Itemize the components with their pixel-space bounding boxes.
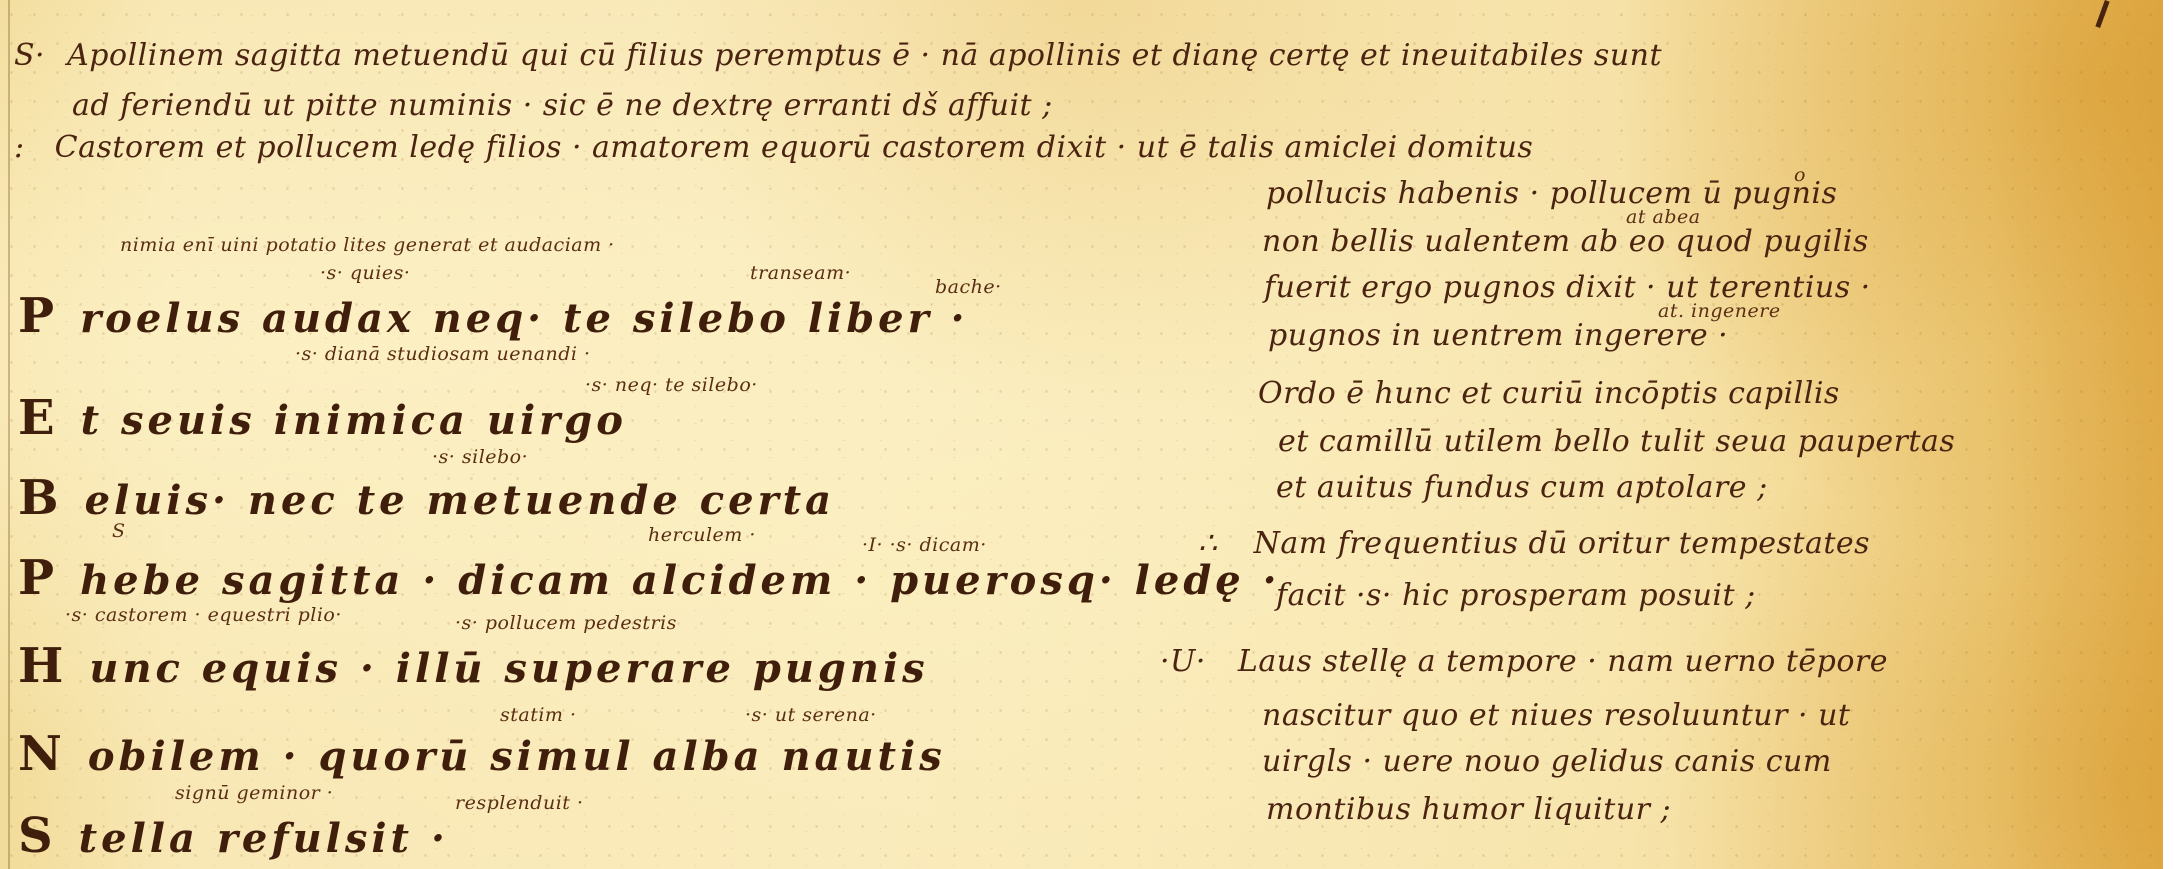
paragraph-mark: ∴ bbox=[1198, 526, 1218, 561]
interlinear-gloss: signū geminor · bbox=[175, 782, 333, 804]
right-commentary-line-3: fuerit ergo pugnos dixit · ut terentius … bbox=[1264, 270, 1871, 305]
interlinear-gloss: statim · bbox=[500, 704, 577, 726]
verse-text: roelus audax neq· te silebo liber · bbox=[80, 295, 968, 342]
commentary-text: Nam frequentius dū oritur tempestates bbox=[1254, 526, 1870, 561]
interlinear-gloss: ·s· dianā studiosam uenandi · bbox=[295, 343, 591, 365]
interlinear-gloss: ·s· ut serena· bbox=[745, 704, 877, 726]
paragraph-mark: ·U· bbox=[1160, 644, 1206, 679]
verse-line-4: Phebe sagitta · dicam alcidem · puerosq·… bbox=[18, 550, 1281, 606]
right-commentary-line-6: et camillū utilem bello tulit seua paupe… bbox=[1278, 424, 1955, 459]
verse-line-7: Stella refulsit · bbox=[18, 808, 449, 864]
right-commentary-line-4: pugnos in uentrem ingerere · bbox=[1268, 318, 1728, 353]
corner-pen-stroke bbox=[2095, 0, 2109, 28]
binding-edge bbox=[8, 0, 10, 869]
verse-initial: E bbox=[18, 390, 59, 446]
commentary-text: Castorem et pollucem ledę filios · amato… bbox=[55, 130, 1534, 165]
verse-line-5: Hunc equis · illū superare pugnis bbox=[18, 638, 929, 694]
commentary-text: Laus stellę a tempore · nam uerno tēpore bbox=[1238, 644, 1888, 679]
commentary-text: Apollinem sagitta metuendū qui cū filius… bbox=[67, 38, 1662, 73]
interlinear-gloss: nimia enī uini potatio lites generat et … bbox=[120, 234, 615, 256]
verse-initial: B bbox=[18, 470, 63, 526]
interlinear-gloss: ·s· pollucem pedestris bbox=[455, 612, 677, 634]
verse-initial: H bbox=[18, 638, 67, 694]
verse-initial: S bbox=[18, 808, 57, 864]
top-commentary-line-2: ad feriendū ut pitte numinis · sic ē ne … bbox=[72, 88, 1053, 123]
right-commentary-line-5: Ordo ē hunc et curiū incōptis capillis bbox=[1258, 376, 1840, 411]
interlinear-gloss: transeam· bbox=[750, 262, 851, 284]
manuscript-page: S· Apollinem sagitta metuendū qui cū fil… bbox=[0, 0, 2163, 869]
paragraph-mark: S· bbox=[14, 38, 45, 73]
verse-line-6: Nobilem · quorū simul alba nautis bbox=[18, 726, 946, 782]
verse-text: hebe sagitta · dicam alcidem · puerosq· … bbox=[80, 557, 1281, 604]
right-commentary-line-11: nascitur quo et niues resoluuntur · ut bbox=[1262, 698, 1850, 733]
right-commentary-line-12: uirgls · uere nouo gelidus canis cum bbox=[1262, 744, 1832, 779]
interlinear-gloss: ·s· castorem · equestri plio· bbox=[65, 604, 342, 626]
right-commentary-line-7: et auitus fundus cum aptolare ; bbox=[1276, 470, 1768, 505]
right-commentary-line-10: ·U· Laus stellę a tempore · nam uerno tē… bbox=[1160, 644, 1888, 679]
paragraph-mark: : bbox=[14, 130, 25, 165]
interlinear-gloss: resplenduit · bbox=[455, 792, 584, 814]
interlinear-gloss: ·s· silebo· bbox=[432, 446, 528, 468]
verse-text: eluis· nec te metuende certa bbox=[85, 477, 835, 524]
verse-initial: N bbox=[18, 726, 66, 782]
verse-line-3: Beluis· nec te metuende certa bbox=[18, 470, 835, 526]
verse-text: obilem · quorū simul alba nautis bbox=[88, 733, 946, 780]
verse-initial: P bbox=[18, 288, 58, 344]
right-commentary-line-13: montibus humor liquitur ; bbox=[1266, 792, 1671, 827]
interlinear-gloss: ·s· quies· bbox=[320, 262, 410, 284]
verse-line-1: Proelus audax neq· te silebo liber · bbox=[18, 288, 969, 344]
commentary-text: ad feriendū ut pitte numinis · sic ē ne … bbox=[72, 88, 1053, 123]
interlinear-gloss: herculem · bbox=[648, 524, 756, 546]
verse-initial: P bbox=[18, 550, 58, 606]
verse-line-2: Et seuis inimica uirgo bbox=[18, 390, 627, 446]
verse-text: unc equis · illū superare pugnis bbox=[89, 645, 928, 692]
right-commentary-line-2: non bellis ualentem ab eo quod pugilis bbox=[1262, 224, 1869, 259]
top-commentary-line-1: S· Apollinem sagitta metuendū qui cū fil… bbox=[14, 38, 1662, 73]
verse-text: tella refulsit · bbox=[79, 815, 449, 862]
interlinear-gloss: S bbox=[112, 520, 126, 542]
verse-text: t seuis inimica uirgo bbox=[81, 397, 627, 444]
right-commentary-line-8: ∴ Nam frequentius dū oritur tempestates bbox=[1198, 526, 1870, 561]
top-commentary-line-3: : Castorem et pollucem ledę filios · ama… bbox=[14, 130, 1533, 165]
right-commentary-line-9: facit ·s· hic prosperam posuit ; bbox=[1276, 578, 1756, 613]
right-commentary-line-1: pollucis habenis · pollucem ū pugnis bbox=[1266, 176, 1837, 211]
